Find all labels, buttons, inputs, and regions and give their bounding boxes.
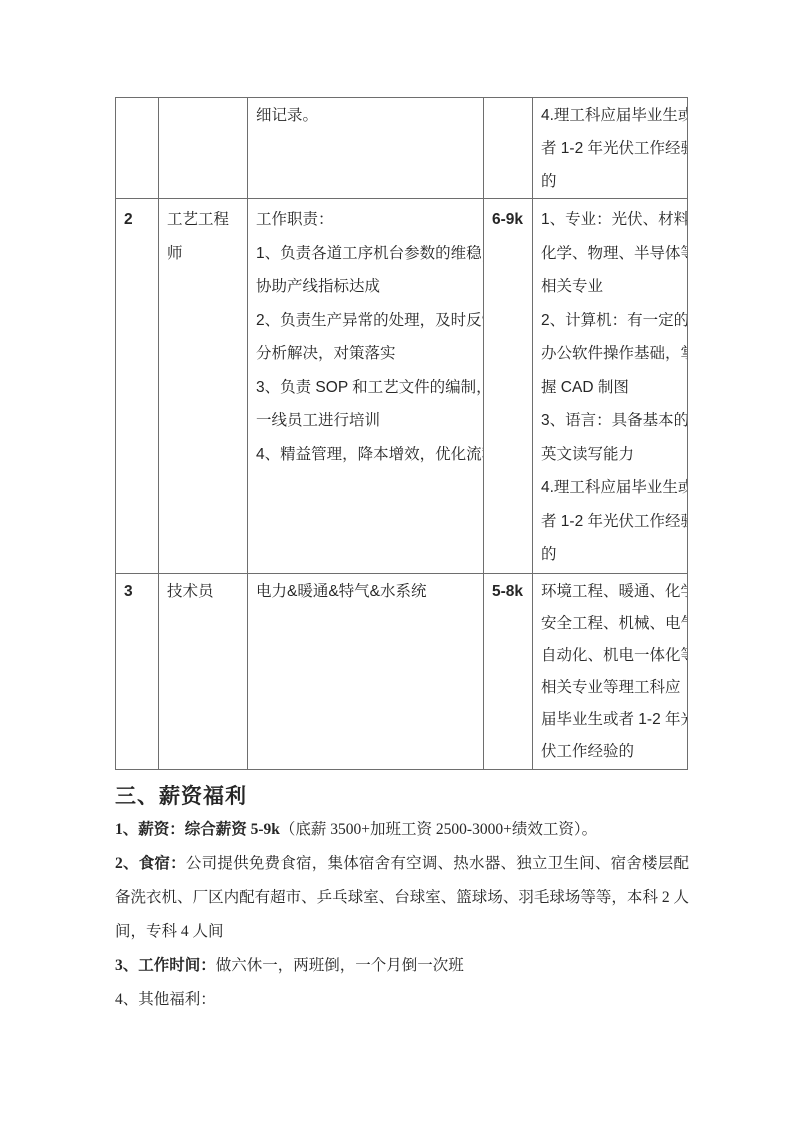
cell-job-duties: 工作职责：1、负责各道工序机台参数的维稳，协助产线指标达成2、负责生产异常的处理… [248, 199, 484, 574]
text-line: 者 1-2 年光伏工作经验 [541, 132, 681, 165]
item-bold-text: 3、工作时间： [115, 957, 216, 974]
text-line: 者 1-2 年光伏工作经验 [541, 505, 681, 539]
text-line: 自动化、机电一体化等 [541, 640, 681, 672]
cell-row-number [116, 98, 159, 199]
text-line: 的 [541, 538, 681, 572]
table-row-continuation: 细记录。 4.理工科应届毕业生或者 1-2 年光伏工作经验的 [116, 98, 688, 199]
text-line: 3、语言：具备基本的 [541, 404, 681, 438]
text-line: 握 CAD 制图 [541, 371, 681, 405]
text-line: 4.理工科应届毕业生或 [541, 471, 681, 505]
job-positions-table: 细记录。 4.理工科应届毕业生或者 1-2 年光伏工作经验的 2 工艺工程师 工… [115, 97, 688, 770]
cell-salary: 5-8k [484, 574, 533, 770]
text-line: 伏工作经验的 [541, 736, 681, 768]
text-line: 2、计算机：有一定的 [541, 304, 681, 338]
text-line: 英文读写能力 [541, 438, 681, 472]
text-line: 环境工程、暖通、化学、 [541, 576, 681, 608]
cell-job-title: 工艺工程师 [159, 199, 248, 574]
text-line: 1、负责各道工序机台参数的维稳， [256, 237, 477, 271]
text-line: 相关专业等理工科应 [541, 672, 681, 704]
item-text: （底薪 3500+加班工资 2500-3000+绩效工资）。 [280, 821, 597, 838]
cell-salary [484, 98, 533, 199]
text-line: 4.理工科应届毕业生或 [541, 99, 681, 132]
text-line: 3、负责 SOP 和工艺文件的编制，对 [256, 371, 477, 405]
text-line: 一线员工进行培训 [256, 404, 477, 438]
document-page: 细记录。 4.理工科应届毕业生或者 1-2 年光伏工作经验的 2 工艺工程师 工… [0, 0, 800, 1132]
cell-row-number: 2 [116, 199, 159, 574]
table-row-technician: 3 技术员 电力&暖通&特气&水系统 5-8k 环境工程、暖通、化学、安全工程、… [116, 574, 688, 770]
text-line: 化学、物理、半导体等 [541, 237, 681, 271]
cell-requirements: 环境工程、暖通、化学、安全工程、机械、电气、自动化、机电一体化等相关专业等理工科… [533, 574, 688, 770]
item-text: 4、其他福利： [115, 991, 216, 1008]
cell-job-title [159, 98, 248, 199]
text-line: 相关专业 [541, 270, 681, 304]
text-line: 协助产线指标达成 [256, 270, 477, 304]
cell-job-title: 技术员 [159, 574, 248, 770]
cell-job-duties: 细记录。 [248, 98, 484, 199]
cell-requirements: 4.理工科应届毕业生或者 1-2 年光伏工作经验的 [533, 98, 688, 199]
text-line: 工作职责： [256, 203, 477, 237]
benefit-item-salary: 1、薪资：综合薪资 5-9k（底薪 3500+加班工资 2500-3000+绩效… [115, 813, 689, 847]
item-text: 公司提供免费食宿，集体宿舍有空调、热水器、独立卫生间、宿舍楼层配备洗衣机、厂区内… [115, 855, 689, 940]
item-bold-text: 2、食宿： [115, 855, 186, 872]
salary-benefits-section: 三、薪资福利 1、薪资：综合薪资 5-9k（底薪 3500+加班工资 2500-… [115, 779, 689, 1017]
benefit-item-other: 4、其他福利： [115, 983, 689, 1017]
text-line: 分析解决，对策落实 [256, 337, 477, 371]
text-line: 电力&暖通&特气&水系统 [256, 576, 477, 608]
text-line: 1、专业：光伏、材料、 [541, 203, 681, 237]
text-line: 办公软件操作基础，掌 [541, 337, 681, 371]
text-line: 4、精益管理，降本增效，优化流程 [256, 438, 477, 472]
section-heading: 三、薪资福利 [115, 779, 689, 813]
cell-requirements: 1、专业：光伏、材料、化学、物理、半导体等相关专业2、计算机：有一定的办公软件操… [533, 199, 688, 574]
text-line: 安全工程、机械、电气、 [541, 608, 681, 640]
cell-salary: 6-9k [484, 199, 533, 574]
text-line: 的 [541, 165, 681, 198]
benefit-item-working-hours: 3、工作时间：做六休一，两班倒，一个月倒一次班 [115, 949, 689, 983]
text-line: 届毕业生或者 1-2 年光 [541, 704, 681, 736]
item-text: 做六休一，两班倒，一个月倒一次班 [216, 957, 464, 974]
cell-job-duties: 电力&暖通&特气&水系统 [248, 574, 484, 770]
text-line: 2、负责生产异常的处理，及时反馈， [256, 304, 477, 338]
benefit-item-accommodation: 2、食宿：公司提供免费食宿，集体宿舍有空调、热水器、独立卫生间、宿舍楼层配备洗衣… [115, 847, 689, 949]
item-bold-text: 1、薪资：综合薪资 5-9k [115, 821, 280, 838]
cell-row-number: 3 [116, 574, 159, 770]
table-row-process-engineer: 2 工艺工程师 工作职责：1、负责各道工序机台参数的维稳，协助产线指标达成2、负… [116, 199, 688, 574]
text-line: 细记录。 [256, 99, 477, 132]
